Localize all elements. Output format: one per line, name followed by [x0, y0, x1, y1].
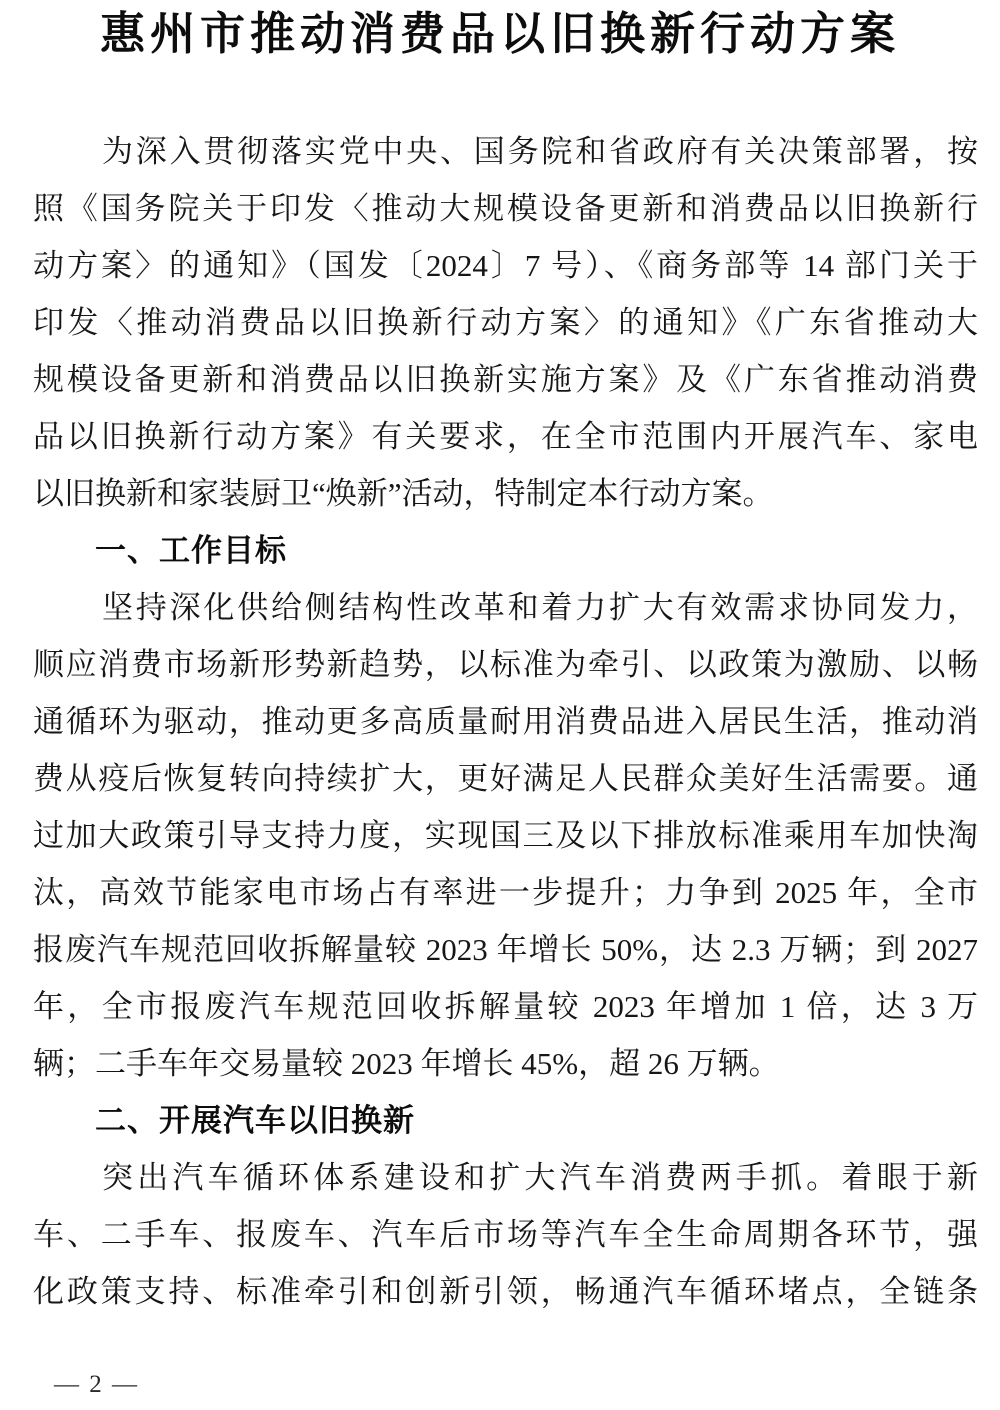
- document-title: 惠州市推动消费品以旧换新行动方案: [0, 8, 1000, 60]
- document-body: 为深入贯彻落实党中央、国务院和省政府有关决策部署，按 照《国务院关于印发〈推动大…: [33, 123, 978, 1320]
- para2-line-5: 过加大政策引导支持力度，实现国三及以下排放标准乘用车加快淘: [33, 807, 978, 864]
- para1-line-3: 动方案〉的通知》（国发〔2024〕7 号）、《商务部等 14 部门关于: [33, 237, 978, 294]
- para2-line-4: 费从疫后恢复转向持续扩大，更好满足人民群众美好生活需要。通: [33, 750, 978, 807]
- para2-line-6: 汰，高效节能家电市场占有率进一步提升；力争到 2025 年，全市: [33, 864, 978, 921]
- section-2-heading: 二、开展汽车以旧换新: [33, 1092, 978, 1149]
- para1-line-5: 规模设备更新和消费品以旧换新实施方案》及《广东省推动消费: [33, 351, 978, 408]
- para1-line-6: 品以旧换新行动方案》有关要求，在全市范围内开展汽车、家电: [33, 408, 978, 465]
- para2-line-8: 年，全市报废汽车规范回收拆解量较 2023 年增加 1 倍，达 3 万: [33, 978, 978, 1035]
- para2-line-2: 顺应消费市场新形势新趋势，以标准为牵引、以政策为激励、以畅: [33, 636, 978, 693]
- para2-line-7: 报废汽车规范回收拆解量较 2023 年增长 50%，达 2.3 万辆；到 202…: [33, 921, 978, 978]
- section-1-heading: 一、工作目标: [33, 522, 978, 579]
- para1-line-2: 照《国务院关于印发〈推动大规模设备更新和消费品以旧换新行: [33, 180, 978, 237]
- para2-line-3: 通循环为驱动，推动更多高质量耐用消费品进入居民生活，推动消: [33, 693, 978, 750]
- para3-line-2: 车、二手车、报废车、汽车后市场等汽车全生命周期各环节，强: [33, 1206, 978, 1263]
- para3-line-1: 突出汽车循环体系建设和扩大汽车消费两手抓。着眼于新: [33, 1149, 978, 1206]
- para1-line-7: 以旧换新和家装厨卫“焕新”活动，特制定本行动方案。: [33, 465, 978, 522]
- para1-line-1: 为深入贯彻落实党中央、国务院和省政府有关决策部署，按: [33, 123, 978, 180]
- document-page: 惠州市推动消费品以旧换新行动方案 为深入贯彻落实党中央、国务院和省政府有关决策部…: [0, 0, 1000, 1410]
- para3-line-3: 化政策支持、标准牵引和创新引领，畅通汽车循环堵点，全链条: [33, 1263, 978, 1320]
- para1-line-4: 印发〈推动消费品以旧换新行动方案〉的通知》《广东省推动大: [33, 294, 978, 351]
- para2-line-1: 坚持深化供给侧结构性改革和着力扩大有效需求协同发力，: [33, 579, 978, 636]
- para2-line-9: 辆；二手车年交易量较 2023 年增长 45%，超 26 万辆。: [33, 1035, 978, 1092]
- page-number: — 2 —: [54, 1368, 139, 1402]
